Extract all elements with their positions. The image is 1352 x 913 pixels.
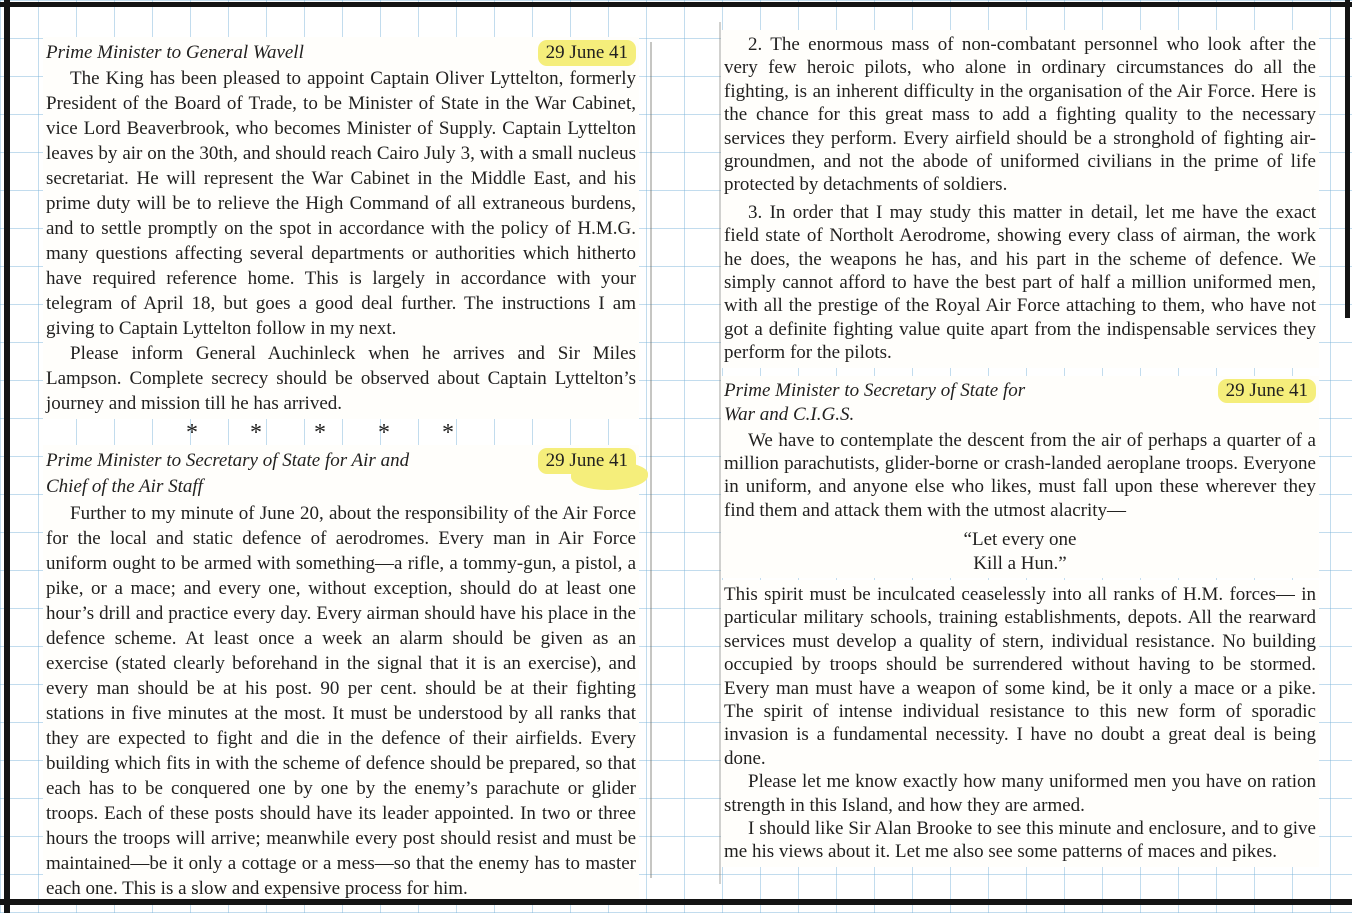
minute3-paragraph-4: I should like Sir Alan Brooke to see thi… [724, 817, 1316, 864]
minute1-paragraph-1: The King has been pleased to appoint Cap… [46, 66, 636, 341]
quotation-line1: “Let every one [724, 528, 1316, 551]
minute2-heading-line2: Chief of the Air Staff [46, 474, 636, 499]
minute3-paragraph-3: Please let me know exactly how many unif… [724, 770, 1316, 817]
minute3-paragraph-2: This spirit must be inculcated ceaseless… [724, 583, 1316, 770]
minute3-paragraph-1: We have to contemplate the descent from … [724, 429, 1316, 523]
minute3-date-highlight: 29 June 41 [1218, 379, 1316, 403]
star-separator: * * * * * [46, 420, 596, 446]
minute1-date-highlight: 29 June 41 [538, 40, 636, 66]
scan-border-left [4, 0, 10, 913]
scanned-document-page: { "colors": { "highlight": "#f5ee7b", "i… [0, 0, 1352, 913]
scan-border-bottom [0, 899, 1352, 905]
continued-paragraph-2: 2. The enormous mass of non-combatant pe… [724, 33, 1316, 197]
left-page-edge-line [650, 42, 652, 878]
minute3-heading-row: Prime Minister to Secretary of State for… [724, 379, 1316, 403]
right-page-edge-line [719, 22, 721, 884]
minute3-heading-line1: Prime Minister to Secretary of State for [724, 379, 1025, 402]
minute3-heading-line2: War and C.I.G.S. [724, 403, 1316, 426]
minute2-date: 29 June 41 [546, 450, 628, 471]
minute1-heading-row: Prime Minister to General Wavell 29 June… [46, 40, 636, 66]
quotation-block: “Let every one Kill a Hun.” [724, 528, 1316, 575]
continued-paragraph-3: 3. In order that I may study this matter… [724, 201, 1316, 365]
minute1-paragraph-2: Please inform General Auchinleck when he… [46, 341, 636, 416]
minute3-date: 29 June 41 [1226, 380, 1308, 401]
scan-border-top [0, 2, 1352, 7]
minute2-heading-line1: Prime Minister to Secretary of State for… [46, 448, 409, 473]
minute2-date-highlight: 29 June 41 [538, 448, 636, 474]
quotation-line2: Kill a Hun.” [724, 552, 1316, 575]
left-page-column: Prime Minister to General Wavell 29 June… [46, 40, 636, 901]
right-page-column: 2. The enormous mass of non-combatant pe… [724, 33, 1316, 864]
minute1-heading: Prime Minister to General Wavell [46, 40, 304, 65]
scan-border-right [1345, 0, 1350, 318]
minute2-heading-row: Prime Minister to Secretary of State for… [46, 448, 636, 474]
minute1-date: 29 June 41 [546, 42, 628, 63]
minute2-paragraph-1: Further to my minute of June 20, about t… [46, 501, 636, 901]
